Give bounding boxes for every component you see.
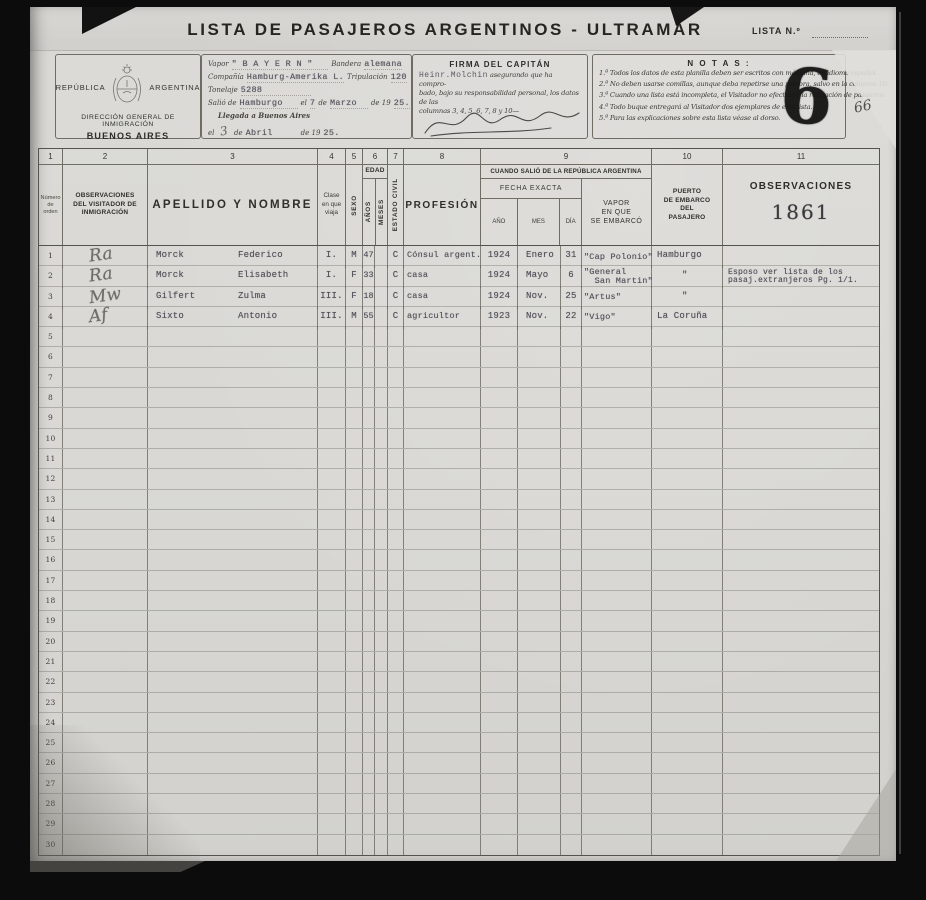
col-number: 5 — [346, 149, 363, 164]
cell-puerto — [652, 733, 723, 752]
cell-puerto — [652, 672, 723, 691]
cell-ano: 1924 — [481, 246, 518, 268]
cell-sexo — [346, 814, 363, 833]
cell-mes — [518, 530, 561, 549]
de-label: de — [318, 99, 327, 107]
cell-name — [148, 388, 318, 407]
cell-name: MorckFederico — [148, 246, 318, 268]
cell-mes — [518, 469, 561, 488]
cell-meses — [375, 814, 388, 833]
cell-anos — [363, 490, 375, 509]
cell-profesion — [404, 490, 481, 509]
cell-mes — [518, 510, 561, 529]
cell-puerto — [652, 611, 723, 630]
cell-estado — [388, 347, 404, 366]
cell-vapor — [582, 469, 652, 488]
cell-mark — [63, 327, 148, 346]
cell-name — [148, 632, 318, 651]
cell-puerto — [652, 490, 723, 509]
cell-vapor — [582, 429, 652, 448]
cell-dia — [561, 814, 582, 833]
header-text: FECHA EXACTA — [500, 185, 562, 192]
cell-meses — [375, 733, 388, 752]
cell-mes — [518, 814, 561, 833]
cell-sexo — [346, 632, 363, 651]
cell-estado — [388, 530, 404, 549]
cell-sexo — [346, 530, 363, 549]
table-row: 21 — [39, 652, 879, 672]
col-number: 7 — [388, 149, 404, 164]
cell-mark — [63, 408, 148, 427]
cell-anos — [363, 571, 375, 590]
firma-heading: FIRMA DEL CAPITÁN — [413, 60, 587, 69]
cell-ano — [481, 347, 518, 366]
header-profesion: PROFESIÓN — [404, 165, 481, 245]
cell-meses — [375, 266, 388, 288]
cell-dia — [561, 368, 582, 387]
cell-vapor — [582, 794, 652, 813]
cell-vapor — [582, 449, 652, 468]
cell-mark — [63, 611, 148, 630]
cell-sexo — [346, 388, 363, 407]
cell-obs — [723, 632, 879, 651]
cell-mes: Nov. — [518, 287, 561, 309]
cell-name — [148, 510, 318, 529]
cell-mark — [63, 469, 148, 488]
cell-sexo — [346, 774, 363, 793]
header-text: orden — [43, 209, 57, 216]
cell-vapor — [582, 327, 652, 346]
cell-mes — [518, 672, 561, 691]
llegada-mes-value: Abril — [246, 128, 298, 139]
cell-vapor — [582, 591, 652, 610]
cell-mes — [518, 652, 561, 671]
cell-estado — [388, 490, 404, 509]
cell-dia — [561, 388, 582, 407]
cell-puerto: " — [652, 287, 723, 309]
cell-profesion: casa — [404, 287, 481, 309]
cell-dia: 6 — [561, 266, 582, 288]
table-row: 16 — [39, 550, 879, 570]
cell-ano — [481, 632, 518, 651]
cell-anos — [363, 449, 375, 468]
col-number: 8 — [404, 149, 481, 164]
cell-mes — [518, 571, 561, 590]
cell-meses — [375, 632, 388, 651]
cell-dia: 25 — [561, 287, 582, 309]
cell-obs — [723, 611, 879, 630]
cell-puerto — [652, 550, 723, 569]
cell-estado — [388, 449, 404, 468]
cell-num: 16 — [39, 550, 63, 569]
cell-profesion — [404, 672, 481, 691]
cell-mark: Af — [63, 307, 148, 329]
cell-mes: Enero — [518, 246, 561, 268]
cell-estado — [388, 408, 404, 427]
tripulacion-label: Tripulación — [347, 73, 388, 81]
column-number-row: 1 2 3 4 5 6 7 8 9 10 11 — [39, 149, 879, 165]
cell-mes — [518, 490, 561, 509]
salio-value: Hamburgo — [240, 98, 298, 109]
cell-clase — [318, 632, 346, 651]
cell-clase — [318, 672, 346, 691]
cell-estado: C — [388, 246, 404, 268]
cell-anos — [363, 429, 375, 448]
cell-profesion — [404, 591, 481, 610]
argentina-label: ARGENTINA — [149, 83, 200, 92]
cell-name — [148, 693, 318, 712]
cell-name — [148, 530, 318, 549]
cell-clase — [318, 469, 346, 488]
header-ano: AÑO — [481, 199, 518, 245]
cell-ano — [481, 713, 518, 732]
cell-meses — [375, 835, 388, 855]
cell-estado — [388, 713, 404, 732]
cell-num: 3 — [39, 287, 63, 309]
cell-vapor — [582, 550, 652, 569]
cell-estado: C — [388, 307, 404, 329]
cell-ano — [481, 672, 518, 691]
cell-vapor — [582, 835, 652, 855]
table-row: 3MwGilfertZulmaIII.F18Ccasa1924Nov.25"Ar… — [39, 287, 879, 307]
cell-meses — [375, 652, 388, 671]
cell-obs — [723, 571, 879, 590]
visitador-mark-handwritten: Ra — [88, 265, 114, 286]
cell-vapor: "General San Martin" — [582, 266, 652, 288]
bandera-value: alemana — [364, 59, 402, 70]
cell-dia — [561, 510, 582, 529]
cell-meses — [375, 794, 388, 813]
cell-num: 7 — [39, 368, 63, 387]
cell-mark — [63, 449, 148, 468]
cell-ano — [481, 835, 518, 855]
cell-puerto — [652, 429, 723, 448]
cell-puerto: La Coruña — [652, 307, 723, 329]
cell-ano — [481, 469, 518, 488]
cell-sexo: M — [346, 307, 363, 329]
cell-puerto — [652, 510, 723, 529]
cell-profesion: agricultor — [404, 307, 481, 329]
cell-name — [148, 347, 318, 366]
table-row: 18 — [39, 591, 879, 611]
cell-obs — [723, 408, 879, 427]
cell-sexo — [346, 327, 363, 346]
cell-sexo — [346, 794, 363, 813]
cell-sexo — [346, 469, 363, 488]
list-number-stamp: 6 — [777, 57, 835, 137]
cell-vapor — [582, 368, 652, 387]
cell-vapor — [582, 408, 652, 427]
cell-obs — [723, 693, 879, 712]
cell-anos — [363, 469, 375, 488]
cell-puerto — [652, 408, 723, 427]
cell-puerto — [652, 368, 723, 387]
cell-meses — [375, 307, 388, 329]
cell-anos — [363, 611, 375, 630]
cell-num: 1 — [39, 246, 63, 268]
cell-puerto — [652, 753, 723, 772]
cell-profesion — [404, 814, 481, 833]
cell-ano — [481, 408, 518, 427]
cell-meses — [375, 490, 388, 509]
cell-name — [148, 327, 318, 346]
llegada-el-label: el — [208, 129, 214, 137]
cell-meses — [375, 774, 388, 793]
header-text: en que — [322, 201, 341, 210]
cell-mark — [63, 429, 148, 448]
cell-num: 22 — [39, 672, 63, 691]
cell-meses — [375, 571, 388, 590]
cell-obs — [723, 510, 879, 529]
cell-num: 10 — [39, 429, 63, 448]
cell-profesion — [404, 347, 481, 366]
table-row: 6 — [39, 347, 879, 367]
cell-anos — [363, 713, 375, 732]
page-title: LISTA DE PASAJEROS ARGENTINOS - ULTRAMAR — [180, 20, 710, 40]
cell-clase — [318, 368, 346, 387]
cell-puerto: " — [652, 266, 723, 288]
table-row: 10 — [39, 429, 879, 449]
cell-clase — [318, 753, 346, 772]
cell-puerto — [652, 835, 723, 855]
header-clase: Clase en que viaja — [318, 165, 346, 245]
cell-anos — [363, 388, 375, 407]
cell-puerto — [652, 469, 723, 488]
cell-name: GilfertZulma — [148, 287, 318, 309]
cell-anos — [363, 733, 375, 752]
cell-obs — [723, 550, 879, 569]
header-observaciones-visitador: OBSERVACIONES DEL VISITADOR DE INMIGRACI… — [63, 165, 148, 245]
cell-vapor — [582, 753, 652, 772]
header-sexo: SEXO — [346, 165, 363, 245]
col-number: 3 — [148, 149, 318, 164]
cell-name: MorckElisabeth — [148, 266, 318, 288]
cell-estado — [388, 571, 404, 590]
cell-ano — [481, 814, 518, 833]
cell-anos — [363, 550, 375, 569]
cell-obs — [723, 814, 879, 833]
cell-ano — [481, 327, 518, 346]
cell-anos — [363, 693, 375, 712]
cell-dia — [561, 753, 582, 772]
cell-name — [148, 490, 318, 509]
cell-sexo — [346, 571, 363, 590]
cell-obs — [723, 591, 879, 610]
cell-anos — [363, 368, 375, 387]
cell-dia: 22 — [561, 307, 582, 329]
cell-estado — [388, 429, 404, 448]
cell-obs — [723, 713, 879, 732]
table-row: 12 — [39, 469, 879, 489]
cell-num: 21 — [39, 652, 63, 671]
cell-meses — [375, 368, 388, 387]
cell-mes — [518, 713, 561, 732]
tripulacion-value: 120 — [391, 72, 407, 83]
header-text: viaja — [325, 209, 338, 218]
cell-estado — [388, 733, 404, 752]
cell-clase — [318, 733, 346, 752]
cell-vapor — [582, 632, 652, 651]
col-number: 6 — [363, 149, 388, 164]
apellido-value: Morck — [156, 266, 184, 285]
cell-estado — [388, 753, 404, 772]
cell-obs — [723, 287, 879, 309]
cell-meses — [375, 246, 388, 268]
cell-ano: 1924 — [481, 266, 518, 288]
cell-mark — [63, 490, 148, 509]
cell-ano — [481, 510, 518, 529]
cell-sexo — [346, 591, 363, 610]
llegada-ano-value: 25. — [323, 128, 339, 139]
header-text: PASAJERO — [669, 214, 706, 223]
cell-puerto — [652, 347, 723, 366]
cell-sexo — [346, 693, 363, 712]
nombre-value: Antonio — [238, 307, 277, 326]
header-text: EN QUE — [602, 208, 632, 217]
cell-num: 14 — [39, 510, 63, 529]
cell-dia — [561, 347, 582, 366]
col-number: 9 — [481, 149, 652, 164]
cell-puerto — [652, 794, 723, 813]
cell-name — [148, 571, 318, 590]
vapor-value: " B A Y E R N " — [232, 59, 329, 70]
cell-mark — [63, 591, 148, 610]
cell-clase — [318, 530, 346, 549]
cell-anos — [363, 632, 375, 651]
table-row: 22 — [39, 672, 879, 692]
cell-clase — [318, 835, 346, 855]
cell-dia — [561, 774, 582, 793]
cell-mes — [518, 550, 561, 569]
table-row: 1RaMorckFedericoI.M47CCónsul argent.1924… — [39, 246, 879, 266]
header-text: Clase — [323, 192, 339, 201]
cell-mes — [518, 429, 561, 448]
cell-vapor — [582, 814, 652, 833]
cell-dia — [561, 490, 582, 509]
cell-dia — [561, 652, 582, 671]
cell-profesion — [404, 408, 481, 427]
cell-profesion — [404, 449, 481, 468]
cell-vapor — [582, 530, 652, 549]
cell-meses — [375, 469, 388, 488]
cell-sexo — [346, 510, 363, 529]
cell-dia — [561, 327, 582, 346]
cell-estado — [388, 469, 404, 488]
captain-name: Heinr.Molchin — [419, 71, 488, 80]
cell-mes — [518, 388, 561, 407]
col-number: 2 — [63, 149, 148, 164]
header-apellido-nombre: APELLIDO Y NOMBRE — [148, 165, 318, 245]
cell-num: 5 — [39, 327, 63, 346]
nombre-value: Federico — [238, 246, 283, 265]
cell-clase — [318, 347, 346, 366]
cell-name — [148, 550, 318, 569]
cell-estado — [388, 388, 404, 407]
cell-meses — [375, 550, 388, 569]
cell-obs — [723, 774, 879, 793]
firma-text-2: bado, bajo su responsabilidad personal, … — [419, 89, 579, 106]
cell-num: 23 — [39, 693, 63, 712]
cell-mark — [63, 347, 148, 366]
cell-mes — [518, 368, 561, 387]
cell-sexo: M — [346, 246, 363, 268]
table-row: 23 — [39, 693, 879, 713]
cell-ano — [481, 490, 518, 509]
cell-meses — [375, 611, 388, 630]
coat-of-arms-icon — [110, 63, 144, 112]
cell-clase — [318, 814, 346, 833]
cell-anos: 55 — [363, 307, 375, 329]
cell-clase — [318, 550, 346, 569]
cell-puerto — [652, 713, 723, 732]
header-vapor-embarco: VAPOR EN QUE SE EMBARCÓ — [582, 179, 651, 245]
header-text: MESES — [378, 199, 385, 225]
cell-name — [148, 449, 318, 468]
cell-name: SixtoAntonio — [148, 307, 318, 329]
cell-dia — [561, 835, 582, 855]
cell-anos — [363, 530, 375, 549]
cell-ano — [481, 449, 518, 468]
col-number: 4 — [318, 149, 346, 164]
cell-profesion — [404, 510, 481, 529]
cell-puerto — [652, 774, 723, 793]
cell-mes — [518, 591, 561, 610]
cell-obs — [723, 388, 879, 407]
cell-estado — [388, 835, 404, 855]
cell-estado — [388, 510, 404, 529]
cell-mark — [63, 571, 148, 590]
cell-clase — [318, 510, 346, 529]
cell-estado — [388, 550, 404, 569]
cell-num: 12 — [39, 469, 63, 488]
cell-estado — [388, 368, 404, 387]
cell-meses — [375, 693, 388, 712]
cell-anos — [363, 408, 375, 427]
visitador-mark-handwritten: Af — [88, 306, 109, 326]
cell-sexo — [346, 449, 363, 468]
cell-clase — [318, 327, 346, 346]
col-number: 10 — [652, 149, 723, 164]
cell-anos — [363, 591, 375, 610]
header-text: EDAD — [365, 167, 384, 176]
apellido-value: Morck — [156, 246, 184, 265]
year-stamp: 1861 — [772, 200, 831, 224]
header-estado-civil: ESTADO CIVIL — [388, 165, 404, 245]
header-cuando-salio: CUANDO SALIÓ DE LA REPÚBLICA ARGENTINA F… — [481, 165, 652, 245]
under-page-edge — [30, 861, 205, 872]
header-text: DE EMBARCO — [664, 197, 710, 206]
cell-obs — [723, 794, 879, 813]
header-mes: MES — [518, 199, 561, 245]
page-edge-line — [899, 12, 901, 854]
cell-dia — [561, 571, 582, 590]
cell-sexo — [346, 672, 363, 691]
cell-num: 19 — [39, 611, 63, 630]
cell-ano — [481, 774, 518, 793]
table-row: 19 — [39, 611, 879, 631]
cell-anos — [363, 814, 375, 833]
cell-sexo — [346, 408, 363, 427]
cell-num: 15 — [39, 530, 63, 549]
cell-clase — [318, 713, 346, 732]
cell-vapor — [582, 510, 652, 529]
cell-clase — [318, 449, 346, 468]
cell-mark — [63, 530, 148, 549]
cell-ano — [481, 733, 518, 752]
cell-dia — [561, 632, 582, 651]
agency-direction-label: DIRECCIÓN GENERAL DE INMIGRACIÓN — [56, 114, 200, 128]
cell-estado — [388, 652, 404, 671]
